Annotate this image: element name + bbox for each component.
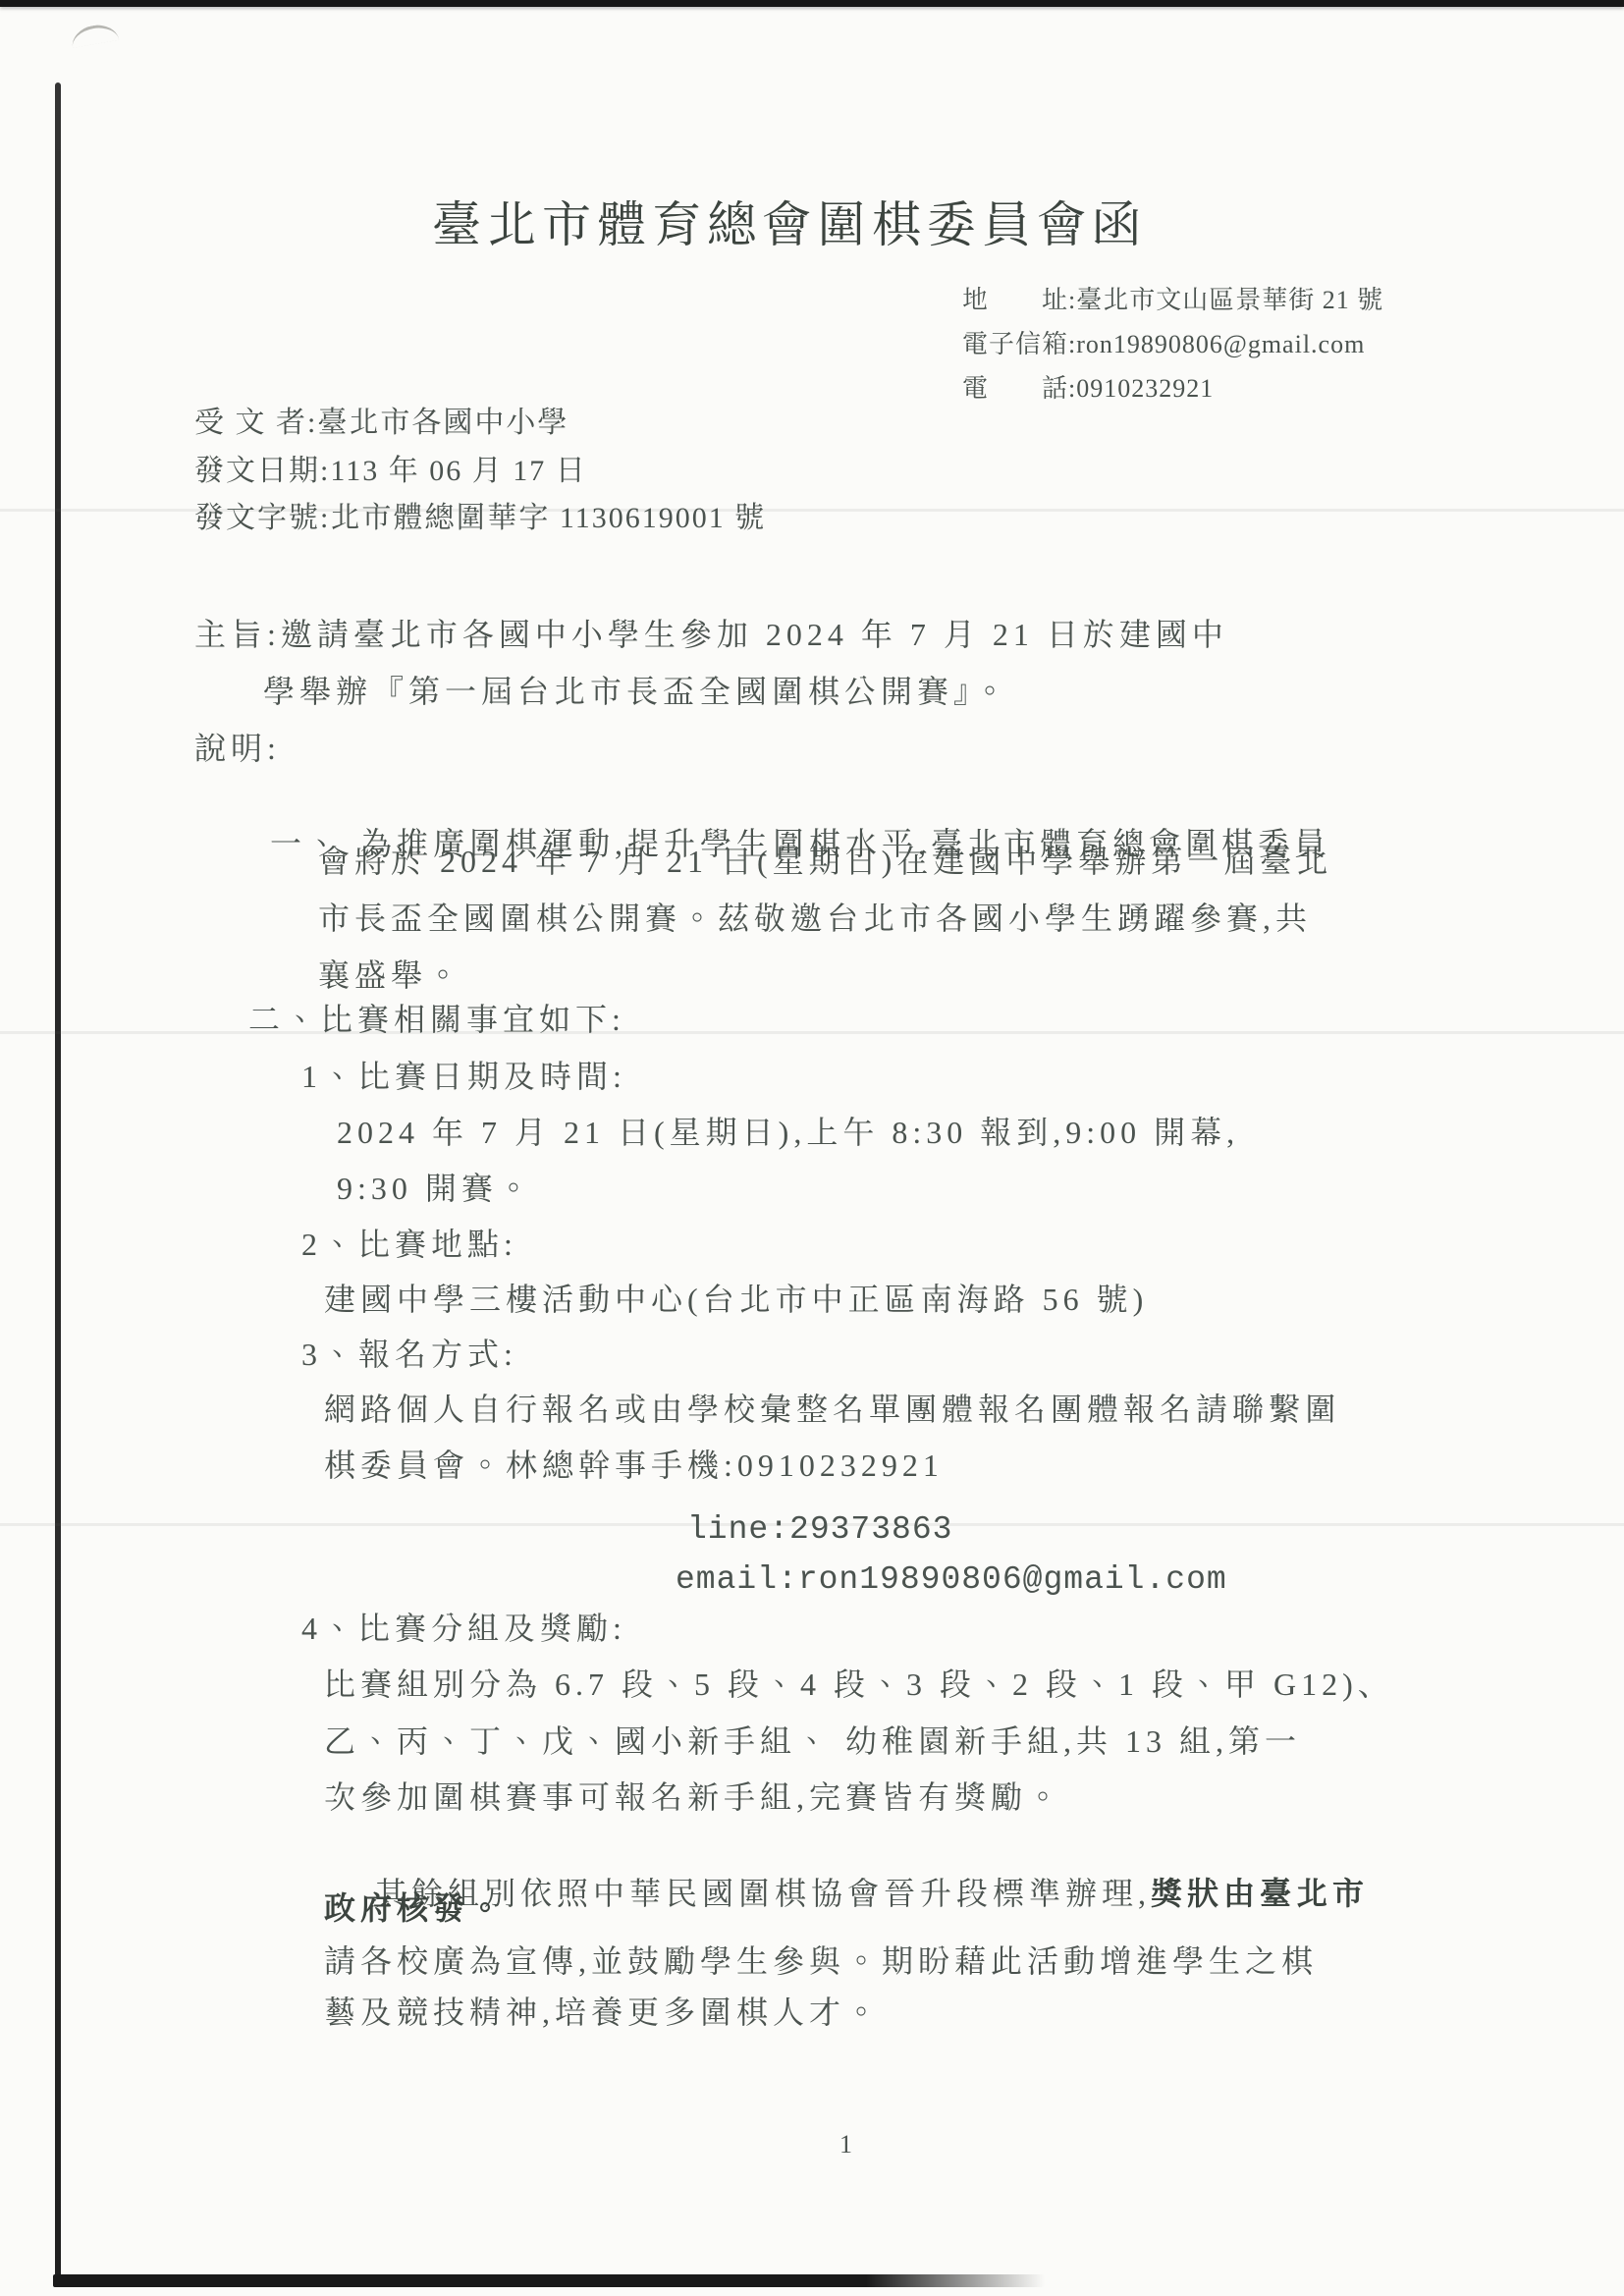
sub3-line-id: line:29373863 bbox=[687, 1509, 952, 1550]
sub1-heading: 1、比賽日期及時間: bbox=[301, 1057, 626, 1096]
sub1-line-1: 2024 年 7 月 21 日(星期日),上午 8:30 報到,9:00 開幕, bbox=[337, 1113, 1239, 1152]
scan-crease-2 bbox=[0, 1031, 1624, 1034]
document-page: 臺北市體育總會圍棋委員會函 地 址:臺北市文山區景華街 21 號 電子信箱:ro… bbox=[0, 0, 1624, 2296]
subject-line-1: 主旨:邀請臺北市各國中小學生參加 2024 年 7 月 21 日於建國中 bbox=[194, 615, 1228, 654]
explanation-label: 說明: bbox=[194, 729, 281, 768]
scan-edge-top bbox=[0, 0, 1624, 7]
sub4-line-2: 乙、丙、丁、戊、國小新手組、 幼稚園新手組,共 13 組,第一 bbox=[324, 1722, 1301, 1761]
sub4-line-5-bold: 政府核發。 bbox=[324, 1888, 506, 1928]
sub4-line-7: 藝及競技精神,培養更多圍棋人才。 bbox=[324, 1993, 882, 2032]
item-one-line-3: 市長盃全國圍棋公開賽。茲敬邀台北市各國小學生踴躍參賽,共 bbox=[318, 899, 1312, 938]
sub2-line-1: 建國中學三樓活動中心(台北市中正區南海路 56 號) bbox=[324, 1280, 1148, 1319]
item-one-line-2: 會將於 2024 年 7 月 21 日(星期日)在建國中學舉辦第一屆臺北 bbox=[318, 842, 1332, 881]
sub4-line-3: 次參加圍棋賽事可報名新手組,完賽皆有獎勵。 bbox=[324, 1777, 1063, 1817]
document-title: 臺北市體育總會圍棋委員會函 bbox=[432, 194, 1147, 256]
sub3-heading: 3、報名方式: bbox=[301, 1335, 517, 1374]
scan-streak-left bbox=[55, 82, 61, 2278]
item-two-heading: 二、比賽相關事宜如下: bbox=[248, 1000, 625, 1039]
sub3-line-1: 網路個人自行報名或由學校彙整名單團體報名團體報名請聯繫圍 bbox=[324, 1390, 1341, 1429]
sub4-line-1: 比賽組別分為 6.7 段、5 段、4 段、3 段、2 段、1 段、甲 G12)、 bbox=[324, 1665, 1394, 1704]
item-one-line-4: 襄盛舉。 bbox=[318, 956, 463, 995]
phone-line: 電 話:0910232921 bbox=[962, 373, 1214, 406]
scan-corner-mark bbox=[70, 22, 120, 48]
doc-number-line: 發文字號:北市體總圍華字 1130619001 號 bbox=[194, 500, 766, 537]
sub4-line-6: 請各校廣為宣傳,並鼓勵學生參與。期盼藉此活動增進學生之棋 bbox=[324, 1941, 1318, 1981]
sub3-line-2: 棋委員會。林總幹事手機:0910232921 bbox=[324, 1446, 944, 1485]
scan-edge-bottom bbox=[53, 2274, 1045, 2287]
sub3-email: email:ron19890806@gmail.com bbox=[676, 1559, 1227, 1600]
sub2-heading: 2、比賽地點: bbox=[301, 1225, 517, 1264]
subject-line-2: 學舉辦『第一屆台北市長盃全國圍棋公開賽』。 bbox=[263, 672, 1010, 711]
recipient-line: 受 文 者:臺北市各國中小學 bbox=[194, 405, 568, 442]
issue-date-line: 發文日期:113 年 06 月 17 日 bbox=[194, 453, 587, 490]
page-number: 1 bbox=[839, 2129, 852, 2161]
address-line: 地 址:臺北市文山區景華街 21 號 bbox=[962, 285, 1383, 317]
sub1-line-2: 9:30 開賽。 bbox=[337, 1169, 534, 1208]
email-line: 電子信箱:ron19890806@gmail.com bbox=[962, 329, 1365, 361]
sub4-line-4-bold: 獎狀由臺北市 bbox=[1151, 1876, 1369, 1911]
sub4-heading: 4、比賽分組及獎勵: bbox=[301, 1609, 626, 1648]
